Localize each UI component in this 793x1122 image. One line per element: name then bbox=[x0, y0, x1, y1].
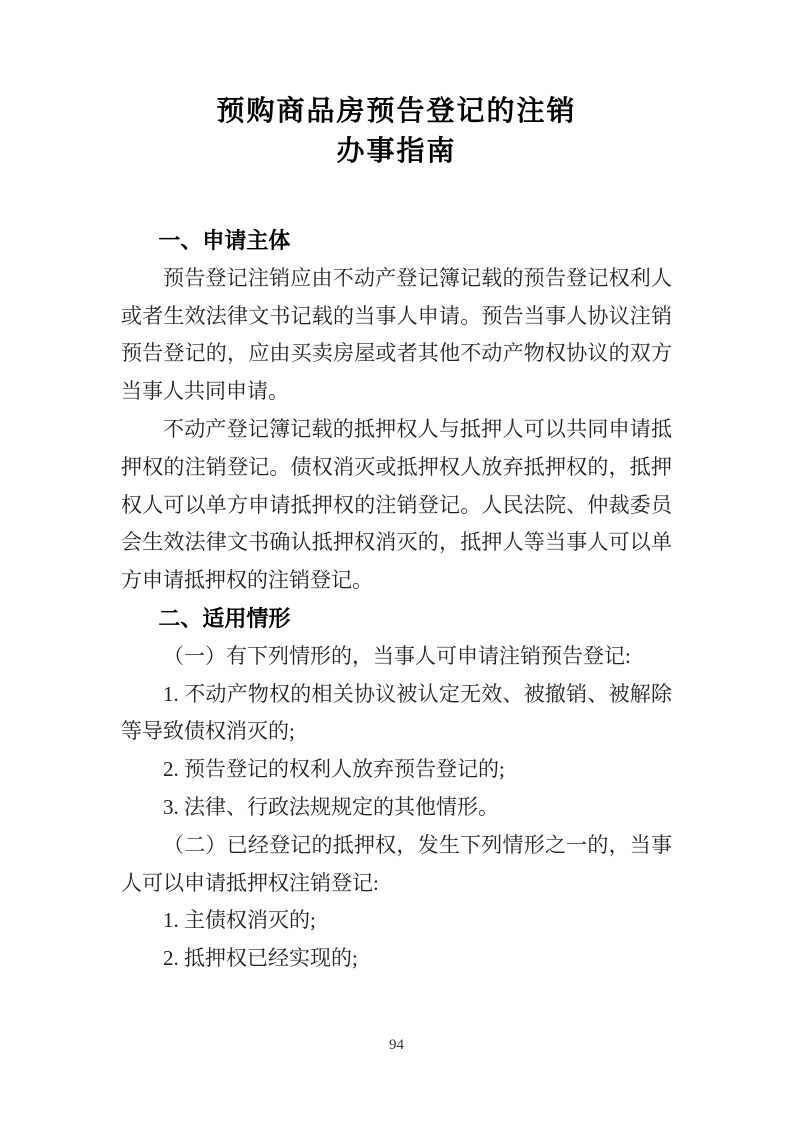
document-body: 一、申请主体 预告登记注销应由不动产登记簿记载的预告登记权利人或者生效法律文书记… bbox=[121, 222, 672, 978]
list-item: 1. 主债权消灭的; bbox=[121, 902, 672, 940]
title-line-1: 预购商品房预告登记的注销 bbox=[0, 92, 793, 132]
list-item: 2. 预告登记的权利人放弃预告登记的; bbox=[121, 751, 672, 789]
list-item: 2. 抵押权已经实现的; bbox=[121, 940, 672, 978]
page-number: 94 bbox=[0, 1036, 793, 1054]
body-paragraph: （二）已经登记的抵押权，发生下列情形之一的，当事人可以申请抵押权注销登记: bbox=[121, 827, 672, 903]
list-item: 1. 不动产物权的相关协议被认定无效、被撤销、被解除等导致债权消灭的; bbox=[121, 676, 672, 752]
title-line-2: 办事指南 bbox=[0, 132, 793, 172]
body-paragraph: （一）有下列情形的，当事人可申请注销预告登记: bbox=[121, 638, 672, 676]
document-page: 预购商品房预告登记的注销 办事指南 一、申请主体 预告登记注销应由不动产登记簿记… bbox=[0, 0, 793, 1122]
document-title: 预购商品房预告登记的注销 办事指南 bbox=[0, 0, 793, 172]
section-heading-application-subject: 一、申请主体 bbox=[121, 222, 672, 260]
body-paragraph: 不动产登记簿记载的抵押权人与抵押人可以共同申请抵押权的注销登记。债权消灭或抵押权… bbox=[121, 411, 672, 600]
body-paragraph: 预告登记注销应由不动产登记簿记载的预告登记权利人或者生效法律文书记载的当事人申请… bbox=[121, 260, 672, 411]
section-heading-applicable-situations: 二、适用情形 bbox=[121, 600, 672, 638]
list-item: 3. 法律、行政法规规定的其他情形。 bbox=[121, 789, 672, 827]
